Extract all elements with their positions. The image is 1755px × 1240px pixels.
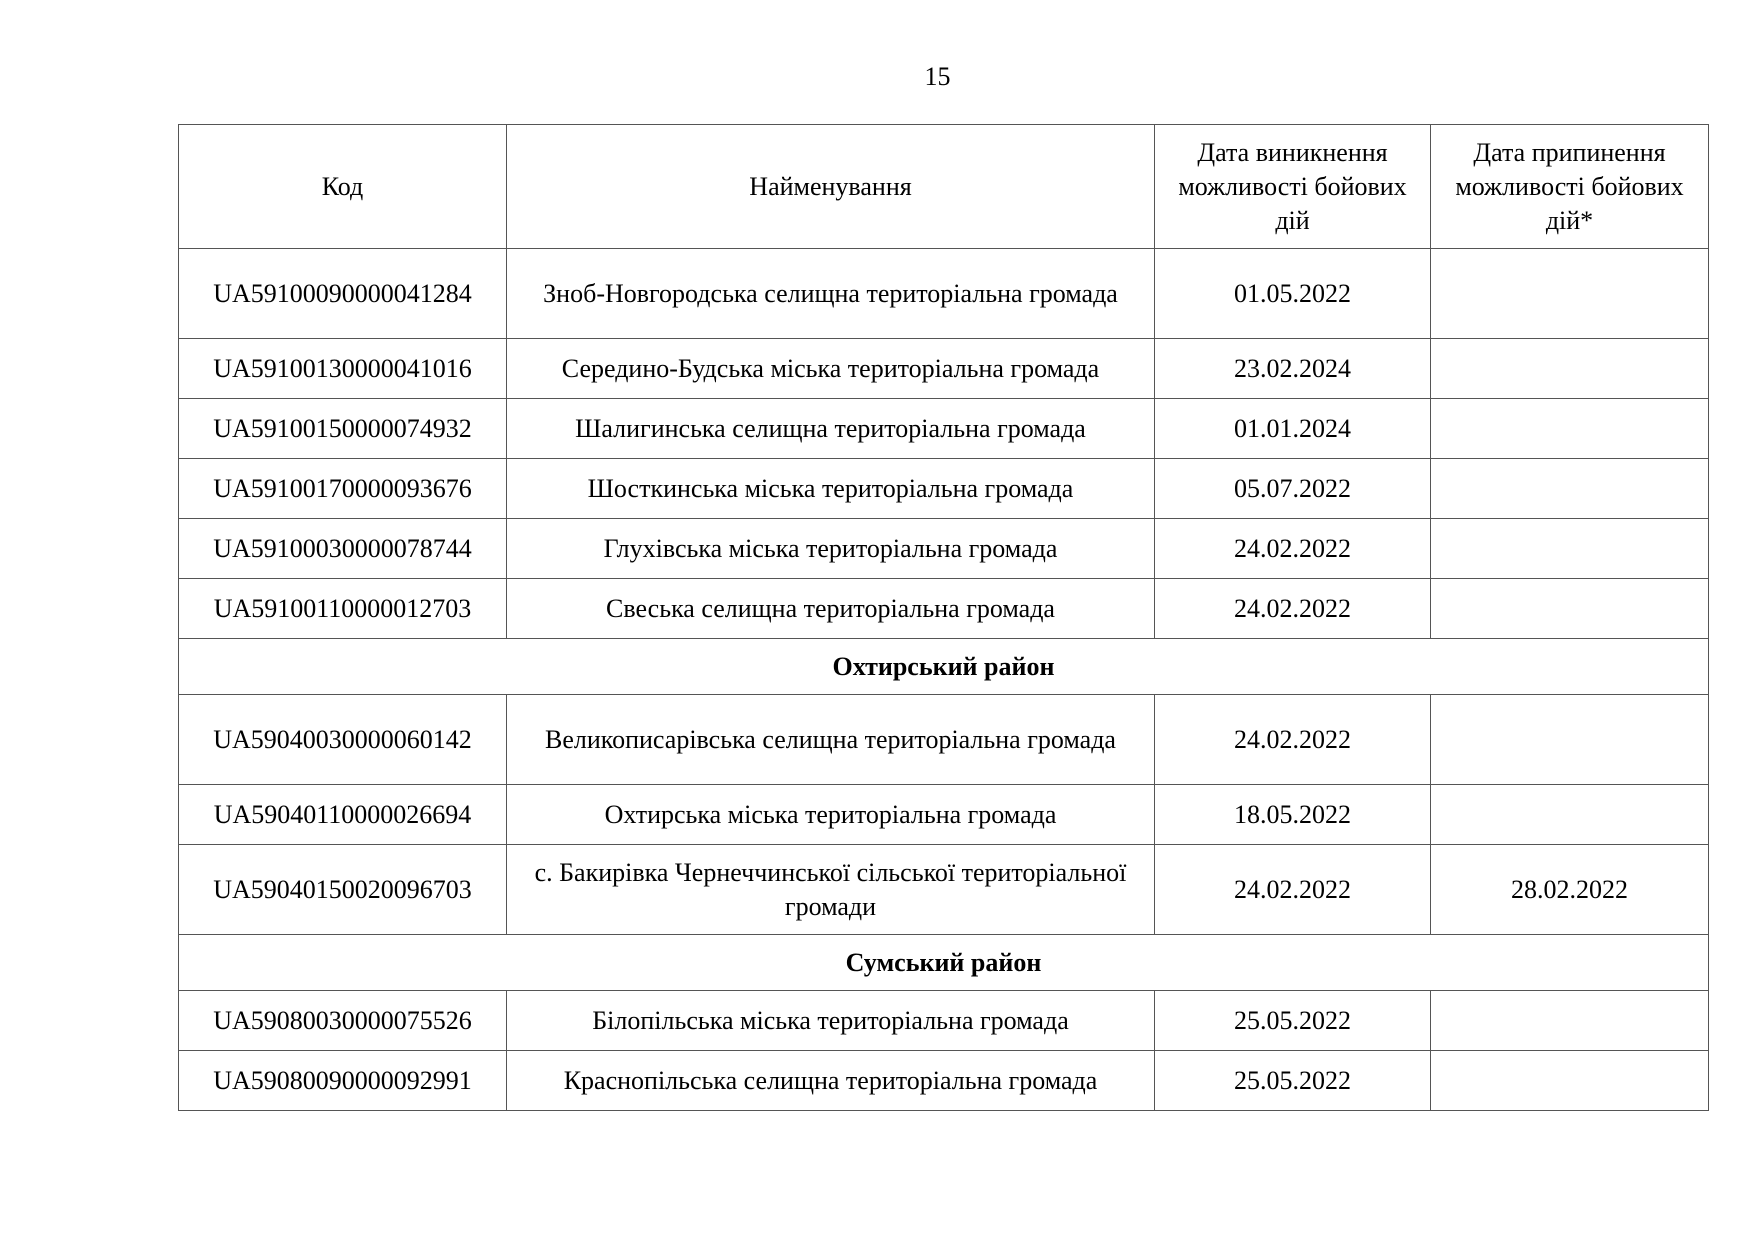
district-name: Охтирський район: [179, 639, 1709, 695]
table-row: UA59100150000074932Шалигинська селищна т…: [179, 399, 1709, 459]
cell-code: UA59100110000012703: [179, 579, 507, 639]
cell-code: UA59080030000075526: [179, 991, 507, 1051]
district-header-row: Охтирський район: [179, 639, 1709, 695]
cell-start-date: 01.05.2022: [1155, 249, 1431, 339]
cell-code: UA59100150000074932: [179, 399, 507, 459]
table-row: UA59100130000041016Середино-Будська місь…: [179, 339, 1709, 399]
cell-start-date: 25.05.2022: [1155, 991, 1431, 1051]
cell-name: Зноб-Новгородська селищна територіальна …: [507, 249, 1155, 339]
district-header-row: Сумський район: [179, 935, 1709, 991]
table-row: UA59080030000075526Білопільська міська т…: [179, 991, 1709, 1051]
cell-name: Шалигинська селищна територіальна громад…: [507, 399, 1155, 459]
cell-name: Краснопільська селищна територіальна гро…: [507, 1051, 1155, 1111]
cell-end-date: [1431, 339, 1709, 399]
cell-name: Великописарівська селищна територіальна …: [507, 695, 1155, 785]
cell-start-date: 25.05.2022: [1155, 1051, 1431, 1111]
cell-end-date: 28.02.2022: [1431, 845, 1709, 935]
cell-start-date: 24.02.2022: [1155, 579, 1431, 639]
cell-end-date: [1431, 249, 1709, 339]
cell-code: UA59100090000041284: [179, 249, 507, 339]
cell-code: UA59100030000078744: [179, 519, 507, 579]
page-number: 15: [60, 62, 1755, 92]
cell-code: UA59040030000060142: [179, 695, 507, 785]
table-header-row: Код Найменування Дата виникнення можливо…: [179, 125, 1709, 249]
cell-name: Шосткинська міська територіальна громада: [507, 459, 1155, 519]
table-body: UA59100090000041284Зноб-Новгородська сел…: [179, 249, 1709, 1111]
cell-start-date: 24.02.2022: [1155, 695, 1431, 785]
cell-start-date: 24.02.2022: [1155, 845, 1431, 935]
cell-name: с. Бакирівка Чернеччинської сільської те…: [507, 845, 1155, 935]
cell-code: UA59040110000026694: [179, 785, 507, 845]
cell-end-date: [1431, 399, 1709, 459]
table-row: UA59100110000012703Свеська селищна терит…: [179, 579, 1709, 639]
header-end-date: Дата припинення можливості бойових дій*: [1431, 125, 1709, 249]
table-row: UA59100090000041284Зноб-Новгородська сел…: [179, 249, 1709, 339]
header-code: Код: [179, 125, 507, 249]
cell-name: Білопільська міська територіальна громад…: [507, 991, 1155, 1051]
cell-end-date: [1431, 1051, 1709, 1111]
cell-end-date: [1431, 519, 1709, 579]
table-row: UA59100170000093676Шосткинська міська те…: [179, 459, 1709, 519]
cell-code: UA59040150020096703: [179, 845, 507, 935]
cell-start-date: 01.01.2024: [1155, 399, 1431, 459]
cell-code: UA59100130000041016: [179, 339, 507, 399]
cell-code: UA59100170000093676: [179, 459, 507, 519]
cell-end-date: [1431, 991, 1709, 1051]
cell-end-date: [1431, 579, 1709, 639]
table-row: UA59100030000078744Глухівська міська тер…: [179, 519, 1709, 579]
cell-end-date: [1431, 785, 1709, 845]
cell-name: Глухівська міська територіальна громада: [507, 519, 1155, 579]
cell-end-date: [1431, 695, 1709, 785]
table-row: UA59040110000026694Охтирська міська тери…: [179, 785, 1709, 845]
cell-start-date: 24.02.2022: [1155, 519, 1431, 579]
table-row: UA59040030000060142Великописарівська сел…: [179, 695, 1709, 785]
combat-zones-table: Код Найменування Дата виникнення можливо…: [178, 124, 1709, 1111]
header-name: Найменування: [507, 125, 1155, 249]
cell-name: Свеська селищна територіальна громада: [507, 579, 1155, 639]
header-start-date: Дата виникнення можливості бойових дій: [1155, 125, 1431, 249]
cell-start-date: 23.02.2024: [1155, 339, 1431, 399]
cell-name: Середино-Будська міська територіальна гр…: [507, 339, 1155, 399]
district-name: Сумський район: [179, 935, 1709, 991]
cell-end-date: [1431, 459, 1709, 519]
table-row: UA59040150020096703с. Бакирівка Чернеччи…: [179, 845, 1709, 935]
table-row: UA59080090000092991Краснопільська селищн…: [179, 1051, 1709, 1111]
cell-name: Охтирська міська територіальна громада: [507, 785, 1155, 845]
cell-code: UA59080090000092991: [179, 1051, 507, 1111]
cell-start-date: 18.05.2022: [1155, 785, 1431, 845]
cell-start-date: 05.07.2022: [1155, 459, 1431, 519]
